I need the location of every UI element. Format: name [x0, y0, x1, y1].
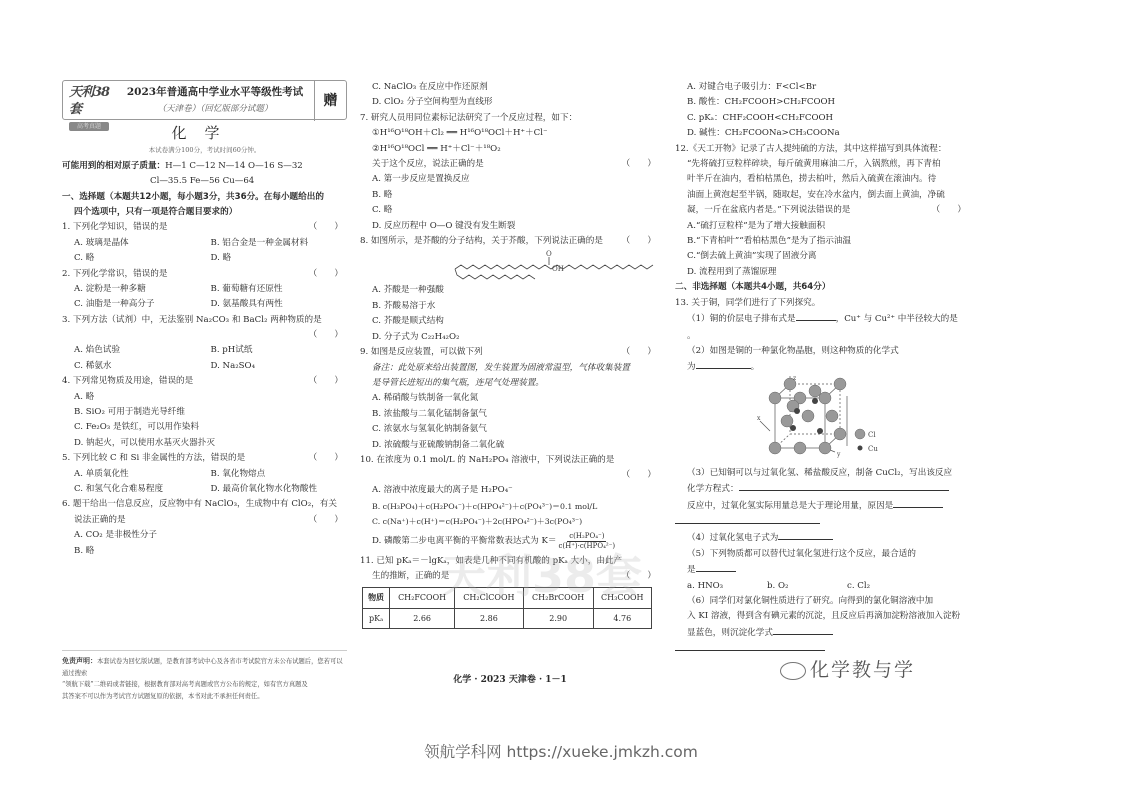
q13-part3c: 反应中，过氧化氢实际用量总是大于理论用量，原因是: [675, 498, 970, 514]
q11-option-b: B. 酸性：CH₂FCOOH>CH₂FCOOH: [675, 95, 970, 110]
q13-part5: （5）下列物质都可以替代过氧化氢进行这个反应，最合适的: [675, 547, 970, 562]
section1-title2: 四个选项中，只有一项是符合题目要求的）: [62, 205, 347, 220]
q9-option-b: B. 浓盐酸与二氧化锰制备氯气: [360, 407, 660, 422]
q6-option-d: D. ClO₂ 分子空间构型为直线形: [360, 95, 660, 110]
q13-part6c: 显蓝色，则沉淀化学式: [675, 625, 970, 641]
q4-option-c: C. Fe₂O₃ 是铁红，可以用作染料: [62, 420, 347, 435]
q9-note1: 备注：此处原来给出装置图，发生装置为固液常温型，气体收集装置: [360, 361, 660, 376]
answer-paren[interactable]: （ ）: [622, 345, 656, 360]
q9-option-a: A. 稀硝酸与铁制备一氧化氮: [360, 391, 660, 406]
cl-legend-icon: [855, 429, 865, 439]
wechat-icon: [780, 662, 806, 680]
table-row: pKₐ 2.66 2.86 2.90 4.76: [363, 608, 652, 628]
q10-option-c: C. c(Na⁺)＋c(H⁺)＝c(H₂PO₄⁻)＋2c(HPO₄²⁻)＋3c(…: [360, 514, 660, 529]
exam-title: 2023年普通高中学业水平等级性考试: [115, 85, 315, 100]
q13-options: a. HNO₃ b. O₂ c. Cl₂: [675, 579, 970, 594]
q5-stem: 5. 下列比较 C 和 Si 非金属性的方法，错误的是（ ）: [62, 451, 347, 466]
answer-blank[interactable]: [893, 498, 943, 508]
q12-line2: “先将硫打豆粒样碎块，每斤硫黄用麻油二斤，入锅熬煎，再下青柏: [675, 157, 970, 172]
gift-badge: 赠: [314, 81, 346, 121]
q5-option-c: C. 和氢气化合难易程度: [74, 482, 211, 497]
answer-paren[interactable]: （ ）: [309, 267, 343, 282]
answer-paren[interactable]: （ ）: [309, 328, 343, 343]
q13-part1-cont: 。: [675, 328, 970, 344]
q12-option-d: D. 流程用到了蒸馏原理: [675, 265, 970, 280]
svg-text:O: O: [546, 250, 552, 258]
answer-paren[interactable]: （ ）: [309, 451, 343, 466]
q1-stem: 1. 下列化学知识，错误的是（ ）: [62, 220, 347, 235]
exam-header: 天利38套 高考真题 2023年普通高中学业水平等级性考试 （天津卷）（回忆版部…: [62, 80, 347, 120]
column-1: 天利38套 高考真题 2023年普通高中学业水平等级性考试 （天津卷）（回忆版部…: [62, 80, 347, 559]
atomic-mass-line2: Cl—35.5 Fe—56 Cu—64: [62, 174, 347, 189]
q6-option-c: C. NaClO₃ 在反应中作还原剂: [360, 80, 660, 95]
q13-part2b: 为。: [675, 359, 970, 375]
brand-logo: 天利38套 高考真题: [69, 85, 113, 117]
q7-option-d: D. 反应历程中 O—O 键没有发生断裂: [360, 219, 660, 234]
answer-blank[interactable]: [796, 311, 836, 321]
q1-option-c: C. 略: [74, 251, 211, 266]
q9-stem: 9. 如图是反应装置，可以做下列（ ）: [360, 345, 660, 360]
q10-option-b: B. c(H₃PO₄)＋c(H₂PO₄⁻)＋c(HPO₄²⁻)＋c(PO₄³⁻)…: [360, 499, 660, 514]
answer-blank[interactable]: [773, 625, 833, 635]
q8-option-b: B. 芥酸易溶于水: [360, 299, 660, 314]
q7-stem2: 关于这个反应，说法正确的是（ ）: [360, 157, 660, 172]
q13-part5b: 是: [675, 562, 970, 578]
answer-blank[interactable]: [696, 359, 751, 369]
q10-stem: 10. 在浓度为 0.1 mol/L 的 NaH₂PO₄ 溶液中，下列说法正确的…: [360, 453, 660, 468]
q1-option-a: A. 玻璃是晶体: [74, 236, 211, 251]
answer-blank[interactable]: [675, 514, 820, 524]
cu-legend-icon: [858, 445, 863, 450]
answer-blank[interactable]: [778, 530, 833, 540]
q12-stem: 12.《天工开物》记录了古人提纯硫的方法，其中这样描写到具体流程：: [675, 142, 970, 157]
crystal-cell-diagram: x z y Cl Cu: [675, 376, 970, 466]
q12-line3: 叶半斤在油内，看柏枯黑色，捞去柏叶，然后入硫黄在滚油内。待: [675, 172, 970, 187]
answer-paren[interactable]: （ ）: [309, 513, 343, 528]
site-link[interactable]: 领航学科网 https://xueke.jmkzh.com: [0, 740, 1122, 762]
q3-option-d: D. Na₂SO₄: [211, 359, 348, 374]
q5-option-a: A. 单质氧化性: [74, 467, 211, 482]
answer-blank[interactable]: [739, 481, 949, 491]
q12-line4: 油面上黄泡起至半锅，随取起，安在冷水盆内，倒去面上黄油，净硫: [675, 188, 970, 203]
q2-option-b: B. 葡萄糖有还原性: [211, 282, 348, 297]
q13-option-c: c. Cl₂: [847, 579, 870, 594]
q4-stem: 4. 下列常见物质及用途，错误的是（ ）: [62, 374, 347, 389]
unit-cell-svg: x z y Cl Cu: [675, 376, 970, 466]
q10-option-a: A. 溶液中浓度最大的离子是 H₂PO₄⁻: [360, 483, 660, 498]
svg-text:OH: OH: [552, 265, 564, 273]
answer-paren[interactable]: （ ）: [622, 468, 656, 483]
column-3: A. 对键合电子吸引力：F<Cl<Br B. 酸性：CH₂FCOOH>CH₂FC…: [675, 80, 970, 658]
q1-option-d: D. 略: [211, 251, 348, 266]
q7-option-a: A. 第一步反应是置换反应: [360, 172, 660, 187]
atomic-mass-label: 可能用到的相对原子质量：: [62, 161, 165, 171]
exam-subtitle: （天津卷）（回忆版部分试题）: [115, 102, 315, 117]
q13-option-a: a. HNO₃: [687, 579, 767, 594]
q6-option-b: B. 略: [62, 544, 347, 559]
q4-option-d: D. 钠起火，可以使用水基灭火器扑灭: [62, 436, 347, 451]
q13-part3: （3）已知铜可以与过氧化氢、稀盐酸反应，制备 CuCl₂，写出该反应: [675, 466, 970, 481]
page-footer: 化学 · 2023 天津卷 · 1－1: [360, 672, 660, 685]
q3-option-a: A. 焰色试验: [74, 343, 211, 358]
svg-text:Cl: Cl: [868, 431, 876, 439]
answer-paren[interactable]: （ ）: [622, 157, 656, 172]
q9-note2: 是导管长进短出的集气瓶，连尾气处理装置。: [360, 376, 660, 391]
q1-options-cd: C. 略D. 略: [62, 251, 347, 266]
q7-option-c: C. 略: [360, 203, 660, 218]
q7-option-b: B. 略: [360, 188, 660, 203]
q5-option-d: D. 最高价氧化物水化物酸性: [211, 482, 348, 497]
q3-option-b: B. pH试纸: [211, 343, 348, 358]
q12-option-b: B.“下青柏叶”“看柏枯黑色”是为了指示油温: [675, 234, 970, 249]
q4-option-a: A. 略: [62, 390, 347, 405]
q2-option-c: C. 油脂是一种高分子: [74, 297, 211, 312]
q13-part6b: 入 KI 溶液，得到含有碘元素的沉淀，且反应后再滴加淀粉溶液加入淀粉: [675, 609, 970, 624]
answer-paren[interactable]: （ ）: [932, 203, 966, 218]
q2-stem: 2. 下列化学常识，错误的是（ ）: [62, 267, 347, 282]
q2-option-a: A. 淀粉是一种多糖: [74, 282, 211, 297]
q13-part2: （2）如图是铜的一种氯化物晶胞，则这种物质的化学式: [675, 344, 970, 359]
q1-option-b: B. 铝合金是一种金属材料: [211, 236, 348, 251]
answer-paren[interactable]: （ ）: [309, 374, 343, 389]
q13-part1: （1）铜的价层电子排布式是，Cu⁺ 与 Cu²⁺ 中半径较大的是: [675, 311, 970, 327]
answer-paren[interactable]: （ ）: [622, 234, 656, 249]
q7-stem: 7. 研究人员用同位素标记法研究了一个反应过程，如下：: [360, 111, 660, 126]
q11-option-d: D. 碱性：CH₂FCOONa>CH₃COONa: [675, 126, 970, 141]
q8-option-c: C. 芥酸是顺式结构: [360, 314, 660, 329]
q13-part3b: 化学方程式：: [675, 481, 970, 497]
q12-option-a: A.“硫打豆粒样”是为了增大接触面积: [675, 219, 970, 234]
brand-name: 天利38套: [69, 85, 109, 117]
disclaimer-label: 免责声明：: [62, 656, 97, 665]
q5-option-b: B. 氧化物熔点: [211, 467, 348, 482]
answer-paren[interactable]: （ ）: [309, 220, 343, 235]
q1-options-ab: A. 玻璃是晶体B. 铝合金是一种金属材料: [62, 236, 347, 251]
q12-line5: 凝，一斤在盆底内者是。”下列说法错误的是（ ）: [675, 203, 970, 218]
erucic-acid-structure: O OH: [360, 249, 660, 283]
q12-option-c: C.“倒去硫上黄油”实现了固液分离: [675, 249, 970, 264]
q2-option-d: D. 氨基酸具有两性: [211, 297, 348, 312]
q7-eq1: ①H¹⁶O¹⁸OH＋Cl₂ ══ H¹⁶O¹⁸OCl＋H⁺＋Cl⁻: [360, 126, 660, 141]
q9-option-c: C. 浓氨水与氢氧化钠制备氨气: [360, 422, 660, 437]
molecule-diagram: O OH: [360, 249, 660, 283]
exam-page: 天利38套 高考真题 2023年普通高中学业水平等级性考试 （天津卷）（回忆版部…: [0, 0, 1122, 793]
q13-option-b: b. O₂: [767, 579, 847, 594]
q13-part4: （4）过氧化氢电子式为: [675, 530, 970, 546]
answer-blank[interactable]: [696, 562, 736, 572]
q6-stem: 6. 题干给出一信息反应，反应物中有 NaClO₃，生成物中有 ClO₂，有关: [62, 497, 347, 512]
q8-option-d: D. 分子式为 C₂₂H₄₂O₂: [360, 330, 660, 345]
answer-blank[interactable]: [675, 641, 825, 651]
exam-info: 本试卷满分100分，考试时间60分钟。: [62, 143, 347, 158]
q6-stem2: 说法正确的是（ ）: [62, 513, 347, 528]
wechat-watermark: 化学教与学: [780, 655, 915, 682]
q11-option-c: C. pKₐ：CHF₂COOH<CH₂FCOOH: [675, 111, 970, 126]
section1-title: 一、选择题（本题共12小题，每小题3分，共36分。在每小题给出的: [62, 190, 347, 205]
q13-part3d: [675, 514, 970, 530]
q13-part6: （6）同学们对氯化铜性质进行了研究。向得到的氯化铜溶液中加: [675, 594, 970, 609]
q9-option-d: D. 浓硫酸与亚硫酸钠制备二氧化硫: [360, 438, 660, 453]
svg-text:z: z: [793, 376, 796, 382]
publisher-watermark: 天利38套: [440, 540, 642, 606]
section2-title: 二、非选择题（本题共4小题，共64分）: [675, 280, 970, 295]
q4-option-b: B. SiO₂ 可用于制造光导纤维: [62, 405, 347, 420]
q8-stem: 8. 如图所示，是芥酸的分子结构，关于芥酸，下列说法正确的是（ ）: [360, 234, 660, 249]
q11-option-a: A. 对键合电子吸引力：F<Cl<Br: [675, 80, 970, 95]
svg-text:Cu: Cu: [868, 445, 878, 453]
svg-text:y: y: [836, 451, 841, 458]
atomic-mass-line1: H—1 C—12 N—14 O—16 S—32: [165, 161, 303, 171]
q8-option-a: A. 芥酸是一种强酸: [360, 283, 660, 298]
q3-stem: 3. 下列方法（试剂）中，无法鉴别 Na₂CO₃ 和 BaCl₂ 两种物质的是: [62, 313, 347, 328]
q6-option-a: A. CO₂ 是非极性分子: [62, 528, 347, 543]
q7-eq2: ②H¹⁶O¹⁸OCl ══ H⁺＋Cl⁻＋¹⁸O₂: [360, 142, 660, 157]
brand-tag: 高考真题: [69, 122, 109, 131]
q13-stem: 13. 关于铜，同学们进行了下列探究。: [675, 296, 970, 311]
q3-option-c: C. 稀氨水: [74, 359, 211, 374]
disclaimer: 免责声明：本套试卷为回忆版试题，是教育部考试中心及各省市考试院官方未公布试题后，…: [62, 650, 347, 702]
